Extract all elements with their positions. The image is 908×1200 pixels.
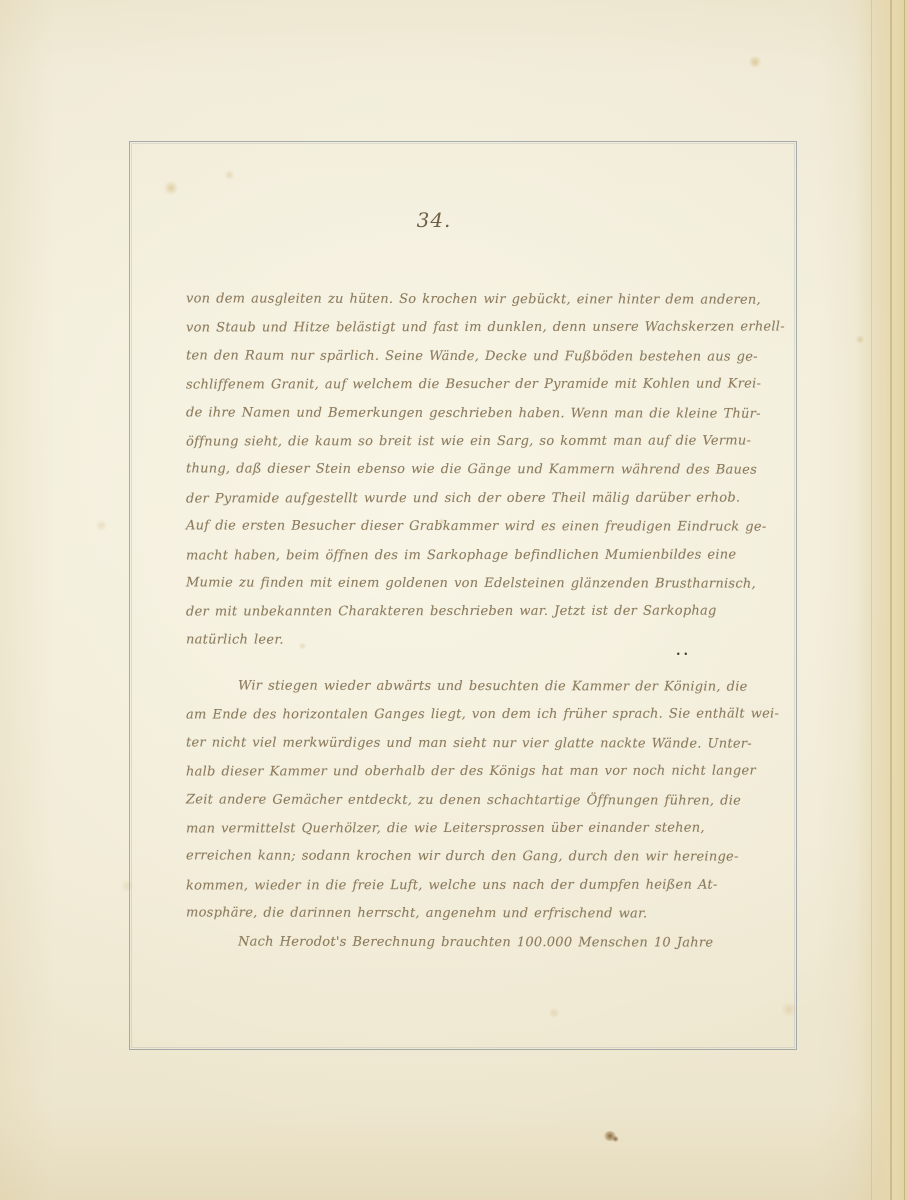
manuscript-page-scan: 34. von dem ausgleiten zu hüten. So kroc… xyxy=(0,0,908,1200)
page-edge-line xyxy=(871,0,872,1200)
manuscript-line: am Ende des horizontalen Ganges liegt, v… xyxy=(186,701,752,730)
paragraph: Nach Herodot's Berechnung brauchten 100.… xyxy=(186,929,752,957)
manuscript-line: mosphäre, die darinnen herrscht, angeneh… xyxy=(186,900,752,930)
manuscript-line: von Staub und Hitze belästigt und fast i… xyxy=(186,314,752,343)
stray-ink-dots: .. xyxy=(676,644,691,659)
manuscript-line: erreichen kann; sodann krochen wir durch… xyxy=(186,843,752,873)
manuscript-line: macht haben, beim öffnen des im Sarkopha… xyxy=(186,541,752,570)
manuscript-line: Mumie zu finden mit einem goldenen von E… xyxy=(186,569,752,599)
manuscript-line: schliffenem Granit, auf welchem die Besu… xyxy=(186,371,752,400)
foxing-spot xyxy=(748,56,762,68)
page-edge-line xyxy=(904,0,905,1200)
manuscript-line: thung, daß dieser Stein ebenso wie die G… xyxy=(186,456,752,486)
paragraph: Wir stiegen wieder abwärts und besuchten… xyxy=(186,673,752,929)
manuscript-line: öffnung sieht, die kaum so breit ist wie… xyxy=(186,427,752,456)
foxing-spot xyxy=(95,520,108,531)
page-number: 34. xyxy=(404,208,464,232)
page-edge-line xyxy=(890,0,892,1200)
manuscript-line: Wir stiegen wieder abwärts und besuchten… xyxy=(186,672,752,702)
book-page-edge xyxy=(856,0,908,1200)
manuscript-line: ten den Raum nur spärlich. Seine Wände, … xyxy=(186,342,752,372)
manuscript-line: Auf die ersten Besucher dieser Grabkamme… xyxy=(186,513,752,543)
handwritten-text-block: von dem ausgleiten zu hüten. So krochen … xyxy=(186,286,752,957)
manuscript-line: ter nicht viel merkwürdiges und man sieh… xyxy=(186,729,752,759)
manuscript-line: von dem ausgleiten zu hüten. So krochen … xyxy=(186,285,752,315)
manuscript-line: de ihre Namen und Bemerkungen geschriebe… xyxy=(186,399,752,429)
manuscript-line: man vermittelst Querhölzer, die wie Leit… xyxy=(186,815,752,844)
ink-stain xyxy=(612,1136,619,1142)
manuscript-line: der mit unbekannten Charakteren beschrie… xyxy=(186,598,752,627)
ink-stain xyxy=(604,1131,616,1141)
manuscript-line: halb dieser Kammer und oberhalb der des … xyxy=(186,758,752,787)
manuscript-line: natürlich leer. xyxy=(186,626,752,656)
manuscript-line: Zeit andere Gemächer entdeckt, zu denen … xyxy=(186,786,752,816)
manuscript-line: der Pyramide aufgestellt wurde und sich … xyxy=(186,484,752,513)
manuscript-line: Nach Herodot's Berechnung brauchten 100.… xyxy=(186,928,752,958)
manuscript-line: kommen, wieder in die freie Luft, welche… xyxy=(186,871,752,900)
paragraph: von dem ausgleiten zu hüten. So krochen … xyxy=(186,286,752,655)
